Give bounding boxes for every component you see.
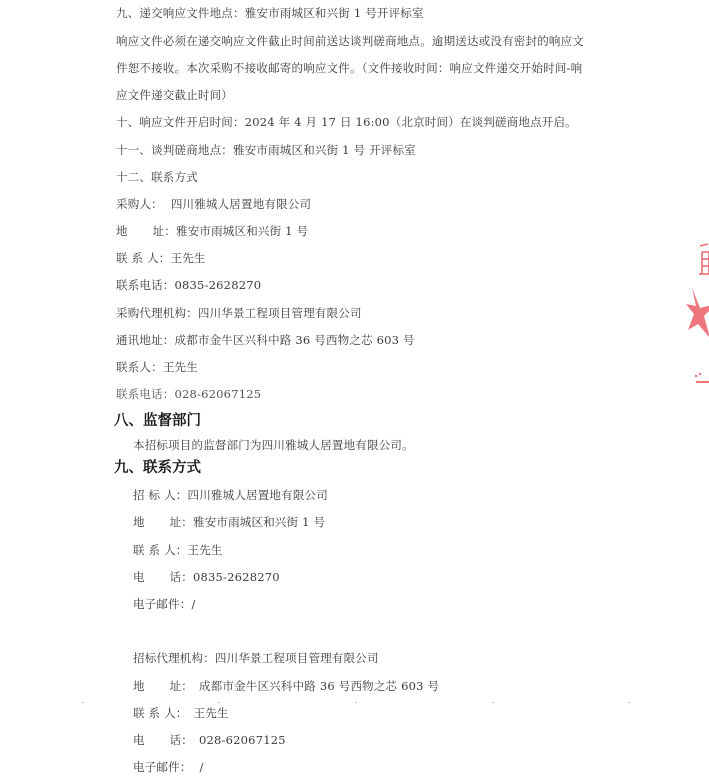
scan-dot [218,702,220,703]
bid-agency-name-value: 四川华景工程项目管理有限公司 [215,651,379,665]
item-9-submission-location: 九、递交响应文件地点：雅安市雨城区和兴街 1 号开评标室 [116,6,424,20]
item-10-opening-time: 十、响应文件开启时间：2024 年 4 月 17 日 16:00（北京时间）在谈… [116,115,577,129]
purchaser-contact-label: 联 系 人： [116,251,171,265]
purchaser-address-value: 雅安市雨城区和兴街 1 号 [176,224,308,238]
bid-agency-name-label: 招标代理机构： [133,651,215,665]
tenderer-address-value: 雅安市雨城区和兴街 1 号 [193,515,325,529]
item-12-contact-heading: 十二、联系方式 [116,170,198,184]
bid-agency-email-label: 电子邮件： [133,760,192,774]
purchaser-address-row: 地址：雅安市雨城区和兴街 1 号 [116,224,308,238]
paragraph-line-2: 件恕不接收。本次采购不接收邮寄的响应文件。（文件接收时间：响应文件递交开始时间-… [116,61,582,75]
tenderer-email-label: 电子邮件： [133,597,192,611]
purchaser-contact-row: 联 系 人：王先生 [116,251,206,265]
purchaser-row: 采购人：四川雅城人居置地有限公司 [116,197,311,211]
scan-dot [82,702,84,703]
paragraph-line-1: 响应文件必须在递交响应文件截止时间前送达谈判磋商地点。逾期送达或没有密封的响应文 [116,34,584,48]
bid-agency-contact-value: 王先生 [194,706,229,720]
tenderer-name-value: 四川雅城人居置地有限公司 [188,488,328,502]
bid-agency-address-label: 地址： [133,679,193,693]
agency-contact-label: 联系人： [116,360,163,374]
tenderer-name-row: 招 标 人：四川雅城人居置地有限公司 [133,488,328,502]
purchaser-label: 采购人： [116,197,163,211]
agency-address-row: 通讯地址：成都市金牛区兴科中路 36 号西物之芯 603 号 [116,333,415,347]
scan-dot [492,702,494,703]
tenderer-contact-row: 联 系 人：王先生 [133,543,223,557]
bid-agency-contact-label: 联 系 人： [133,706,188,720]
bid-agency-phone-value: 028-62067125 [199,733,286,747]
agency-label: 采购代理机构： [116,306,198,320]
bid-agency-email-value: / [200,760,204,774]
tenderer-contact-value: 王先生 [188,543,223,557]
section-9-heading: 九、联系方式 [114,459,201,477]
agency-contact-value: 王先生 [163,360,198,374]
bid-agency-name-row: 招标代理机构：四川华景工程项目管理有限公司 [133,651,379,665]
agency-value: 四川华景工程项目管理有限公司 [198,306,362,320]
red-seal-stamp-icon [686,240,709,390]
purchaser-phone-row: 联系电话：0835-2628270 [116,278,261,292]
bid-agency-phone-row: 电话：028-62067125 [133,733,286,747]
tenderer-phone-label: 电话： [133,570,193,584]
paragraph-line-3: 应文件递交截止时间） [116,88,233,102]
bid-agency-contact-row: 联 系 人：王先生 [133,706,229,720]
agency-address-value: 成都市金牛区兴科中路 36 号西物之芯 603 号 [175,333,415,347]
purchaser-address-label: 地址： [116,224,176,238]
agency-phone-value: 028-62067125 [175,387,262,401]
tenderer-contact-label: 联 系 人： [133,543,188,557]
tenderer-phone-row: 电话：0835-2628270 [133,570,280,584]
purchaser-phone-value: 0835-2628270 [175,278,262,292]
agency-phone-row: 联系电话：028-62067125 [116,387,261,401]
tenderer-email-value: / [192,597,196,611]
scan-dot [628,702,630,703]
bid-agency-address-row: 地址：成都市金牛区兴科中路 36 号西物之芯 603 号 [133,679,439,693]
agency-address-label: 通讯地址： [116,333,175,347]
scan-dot [355,702,357,703]
bid-agency-address-value: 成都市金牛区兴科中路 36 号西物之芯 603 号 [199,679,439,693]
agency-row: 采购代理机构：四川华景工程项目管理有限公司 [116,306,362,320]
tenderer-email-row: 电子邮件：/ [133,597,196,611]
section-8-text: 本招标项目的监督部门为四川雅城人居置地有限公司。 [133,438,414,452]
bid-agency-email-row: 电子邮件：/ [133,760,204,774]
agency-phone-label: 联系电话： [116,387,175,401]
tenderer-address-label: 地址： [133,515,193,529]
purchaser-contact-value: 王先生 [171,251,206,265]
tenderer-phone-value: 0835-2628270 [193,570,280,584]
tenderer-name-label: 招 标 人： [133,488,188,502]
bid-agency-phone-label: 电话： [133,733,193,747]
purchaser-value: 四川雅城人居置地有限公司 [171,197,311,211]
agency-contact-row: 联系人：王先生 [116,360,198,374]
tenderer-address-row: 地址：雅安市雨城区和兴街 1 号 [133,515,325,529]
section-8-heading: 八、监督部门 [114,412,201,430]
purchaser-phone-label: 联系电话： [116,278,175,292]
item-11-negotiation-location: 十一、谈判磋商地点：雅安市雨城区和兴街 1 号 开评标室 [116,143,416,157]
